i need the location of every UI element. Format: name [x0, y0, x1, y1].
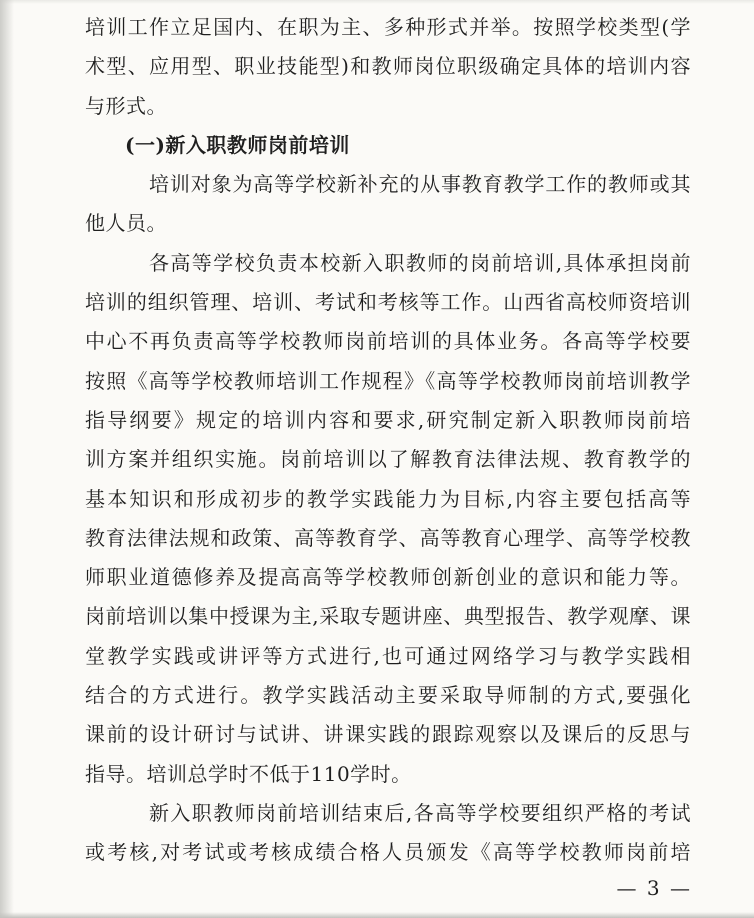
text-line: 培训的组织管理、培训、考试和考核等工作。山西省高校师资培训: [85, 283, 691, 322]
text-line: 或考核,对考试或考核成绩合格人员颁发《高等学校教师岗前培: [85, 833, 691, 872]
text-line: 中心不再负责高等学校教师岗前培训的具体业务。各高等学校要: [85, 322, 691, 361]
text-line: 按照《高等学校教师培训工作规程》《高等学校教师岗前培训教学: [85, 362, 691, 401]
text-line: 课前的设计研讨与试讲、讲课实践的跟踪观察以及课后的反思与: [85, 715, 691, 754]
scan-edge-top: [0, 0, 754, 4]
text-line: 培训对象为高等学校新补充的从事教育教学工作的教师或其: [85, 165, 691, 204]
text-line: 师职业道德修养及提高高等学校教师创新创业的意识和能力等。: [85, 558, 691, 597]
text-line: 术型、应用型、职业技能型)和教师岗位职级确定具体的培训内容: [85, 47, 691, 86]
text-line: 结合的方式进行。教学实践活动主要采取导师制的方式,要强化: [85, 676, 691, 715]
scan-edge-left: [0, 0, 14, 918]
text-line: 培训工作立足国内、在职为主、多种形式并举。按照学校类型(学: [85, 8, 691, 47]
text-line: 岗前培训以集中授课为主,采取专题讲座、典型报告、教学观摩、课: [85, 597, 691, 636]
text-line: 与形式。: [85, 87, 691, 126]
text-line: 新入职教师岗前培训结束后,各高等学校要组织严格的考试: [85, 794, 691, 833]
text-line: 各高等学校负责本校新入职教师的岗前培训,具体承担岗前: [85, 244, 691, 283]
scan-edge-bottom: [0, 912, 754, 918]
scanned-page: 培训工作立足国内、在职为主、多种形式并举。按照学校类型(学术型、应用型、职业技能…: [0, 0, 754, 918]
text-line: 指导纲要》规定的培训内容和要求,研究制定新入职教师岗前培: [85, 401, 691, 440]
document-body: 培训工作立足国内、在职为主、多种形式并举。按照学校类型(学术型、应用型、职业技能…: [85, 8, 691, 873]
text-line: 教育法律法规和政策、高等教育学、高等教育心理学、高等学校教: [85, 519, 691, 558]
page-number: — 3 —: [617, 876, 692, 900]
text-line: 堂教学实践或讲评等方式进行,也可通过网络学习与教学实践相: [85, 637, 691, 676]
text-line: 训方案并组织实施。岗前培训以了解教育法律法规、教育教学的: [85, 440, 691, 479]
text-line: 基本知识和形成初步的教学实践能力为目标,内容主要包括高等: [85, 480, 691, 519]
text-line: 他人员。: [85, 204, 691, 243]
text-line: (一)新入职教师岗前培训: [85, 126, 691, 165]
text-line: 指导。培训总学时不低于110学时。: [85, 755, 691, 794]
